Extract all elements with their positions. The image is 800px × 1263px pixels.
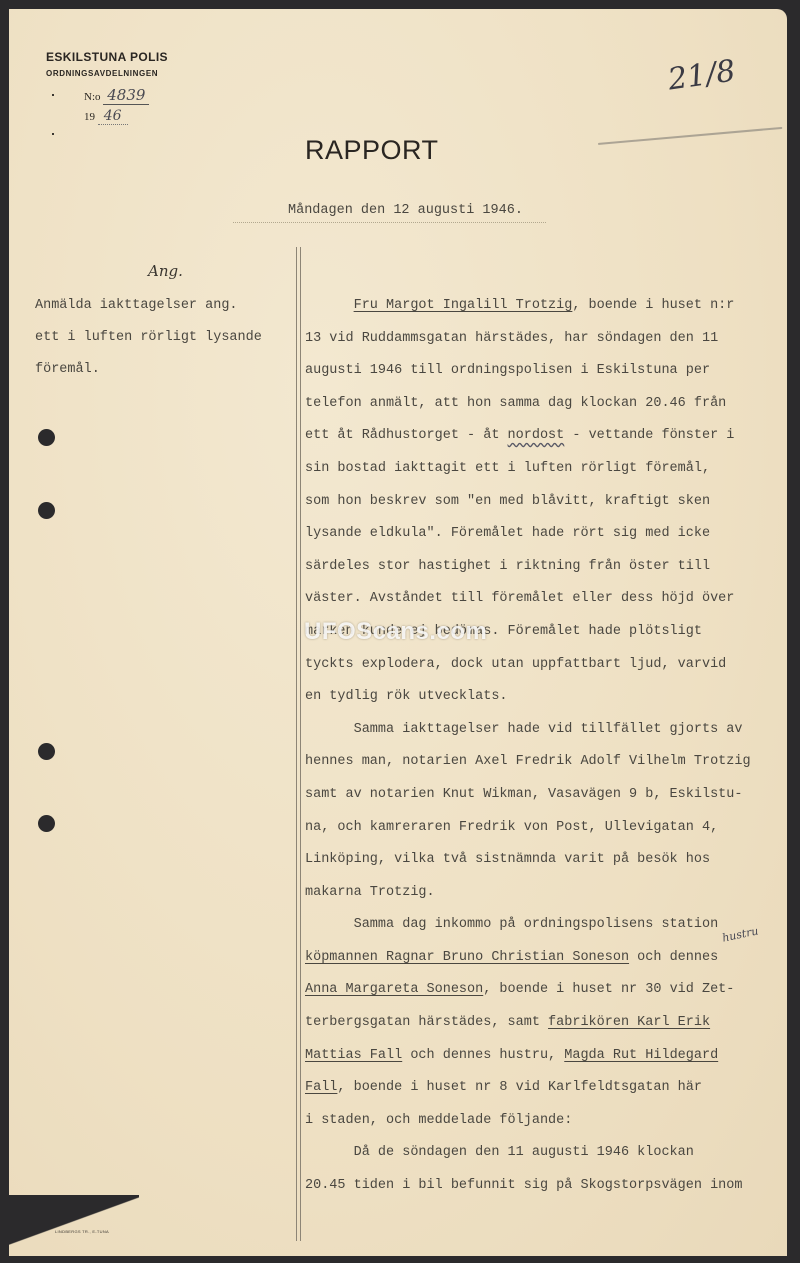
body-text: en tydlig rök utvecklats.	[305, 689, 508, 704]
body-text: väster. Avståndet till föremålet eller d…	[305, 591, 734, 606]
subject-line: ett i luften rörligt lysande	[35, 322, 290, 354]
body-line: Fru Margot Ingalill Trotzig, boende i hu…	[305, 290, 785, 323]
body-line: lysande eldkula". Föremålet hade rört si…	[305, 518, 785, 551]
binder-hole	[38, 815, 55, 832]
body-line: Linköping, vilka två sistnämnda varit på…	[305, 844, 785, 877]
document-title: RAPPORT	[305, 135, 439, 166]
body-text: och dennes hustru,	[402, 1048, 564, 1063]
body-text: - vettande fönster i	[564, 428, 734, 443]
body-line: en tydlig rök utvecklats.	[305, 681, 785, 714]
underlined-name: Anna Margareta Soneson	[305, 982, 483, 997]
body-text: sin bostad iakttagit ett i luften rörlig…	[305, 461, 710, 476]
torn-corner	[9, 1195, 139, 1257]
punch-mark	[52, 94, 54, 96]
year-prefix: 19	[84, 111, 95, 123]
underlined-name: Mattias Fall	[305, 1048, 402, 1063]
year-value: 46	[98, 108, 128, 125]
body-line: Fall, boende i huset nr 8 vid Karlfeldts…	[305, 1072, 785, 1105]
body-text: 20.45 tiden i bil befunnit sig på Skogst…	[305, 1178, 742, 1193]
underlined-word: nordost	[508, 428, 565, 443]
printer-mark: LINDBERGS TR., E-TUNA	[55, 1229, 109, 1234]
body-text: tyckts explodera, dock utan uppfattbart …	[305, 657, 726, 672]
body-line: Mattias Fall och dennes hustru, Magda Ru…	[305, 1040, 785, 1073]
number-label: N:o	[84, 91, 101, 103]
organization-name: ESKILSTUNA POLIS	[46, 50, 168, 64]
body-line: tyckts explodera, dock utan uppfattbart …	[305, 649, 785, 682]
body-line: 13 vid Ruddammsgatan härstädes, har sönd…	[305, 323, 785, 356]
body-line: samt av notarien Knut Wikman, Vasavägen …	[305, 779, 785, 812]
body-line: Samma iakttagelser hade vid tillfället g…	[305, 714, 785, 747]
body-text: samt av notarien Knut Wikman, Vasavägen …	[305, 787, 742, 802]
body-text: , boende i huset n:r	[572, 298, 734, 313]
binder-hole	[38, 743, 55, 760]
body-line: hennes man, notarien Axel Fredrik Adolf …	[305, 746, 785, 779]
body-line: som hon beskrev som "en med blåvitt, kra…	[305, 486, 785, 519]
underlined-name: Fru Margot Ingalill Trotzig	[354, 298, 573, 313]
body-text: ett åt Rådhustorget - åt	[305, 428, 508, 443]
body-line: Anna Margareta Soneson, boende i huset n…	[305, 974, 785, 1007]
underlined-name: fabrikören Karl Erik	[548, 1015, 710, 1030]
body-line: terbergsgatan härstädes, samt fabrikören…	[305, 1007, 785, 1040]
body-line: särdeles stor hastighet i riktning från …	[305, 551, 785, 584]
punch-mark	[52, 133, 54, 135]
underlined-name: Fall	[305, 1080, 337, 1095]
body-text: hennes man, notarien Axel Fredrik Adolf …	[305, 754, 751, 769]
body-line: ett åt Rådhustorget - åt nordost - vetta…	[305, 420, 785, 453]
body-text: lysande eldkula". Föremålet hade rört si…	[305, 526, 710, 541]
subject-text: Anmälda iakttagelser ang. ett i luften r…	[35, 290, 290, 386]
body-text: som hon beskrev som "en med blåvitt, kra…	[305, 494, 710, 509]
reference-year: 19 46	[84, 108, 128, 124]
body-line: na, och kamreraren Fredrik von Post, Ull…	[305, 812, 785, 845]
report-date: Måndagen den 12 augusti 1946.	[233, 203, 546, 223]
body-text: och dennes	[629, 950, 718, 965]
body-text: 13 vid Ruddammsgatan härstädes, har sönd…	[305, 331, 718, 346]
body-text: , boende i huset nr 30 vid Zet-	[483, 982, 734, 997]
body-text: , boende i huset nr 8 vid Karlfeldtsgata…	[337, 1080, 702, 1095]
subject-line: Anmälda iakttagelser ang.	[35, 290, 290, 322]
body-text: Samma dag inkommo på ordningspolisens st…	[305, 917, 718, 932]
body-line: köpmannen Ragnar Bruno Christian Soneson…	[305, 942, 785, 975]
body-line: sin bostad iakttagit ett i luften rörlig…	[305, 453, 785, 486]
body-text: na, och kamreraren Fredrik von Post, Ull…	[305, 820, 718, 835]
body-text: särdeles stor hastighet i riktning från …	[305, 559, 710, 574]
body-text: telefon anmält, att hon samma dag klocka…	[305, 396, 726, 411]
body-text: i staden, och meddelade följande:	[305, 1113, 572, 1128]
reference-number: N:o 4839	[84, 86, 149, 104]
body-text: augusti 1946 till ordningspolisen i Eski…	[305, 363, 710, 378]
body-text: Linköping, vilka två sistnämnda varit på…	[305, 852, 710, 867]
body-line: augusti 1946 till ordningspolisen i Eski…	[305, 355, 785, 388]
body-line: väster. Avståndet till föremålet eller d…	[305, 583, 785, 616]
body-text: terbergsgatan härstädes, samt	[305, 1015, 548, 1030]
binder-hole	[38, 429, 55, 446]
body-line: Samma dag inkommo på ordningspolisens st…	[305, 909, 785, 942]
underlined-name: köpmannen Ragnar Bruno Christian Soneson	[305, 950, 629, 965]
body-text: makarna Trotzig.	[305, 885, 435, 900]
report-body: Fru Margot Ingalill Trotzig, boende i hu…	[305, 290, 785, 1203]
body-line: telefon anmält, att hon samma dag klocka…	[305, 388, 785, 421]
body-line: makarna Trotzig.	[305, 877, 785, 910]
underlined-name: Magda Rut Hildegard	[564, 1048, 718, 1063]
column-divider	[296, 247, 301, 1241]
body-line: Då de söndagen den 11 augusti 1946 klock…	[305, 1137, 785, 1170]
binder-hole	[38, 502, 55, 519]
department-name: ORDNINGSAVDELNINGEN	[46, 69, 168, 78]
subject-line: föremål.	[35, 354, 290, 386]
watermark: UFOScans.com	[304, 618, 487, 646]
body-text: Då de söndagen den 11 augusti 1946 klock…	[305, 1145, 694, 1160]
letterhead: ESKILSTUNA POLIS ORDNINGSAVDELNINGEN	[46, 50, 168, 78]
body-line: i staden, och meddelade följande:	[305, 1105, 785, 1138]
subject-heading: Ang.	[148, 262, 183, 280]
number-value: 4839	[103, 86, 149, 105]
body-text	[305, 298, 354, 313]
body-text: Samma iakttagelser hade vid tillfället g…	[305, 722, 742, 737]
body-line: 20.45 tiden i bil befunnit sig på Skogst…	[305, 1170, 785, 1203]
